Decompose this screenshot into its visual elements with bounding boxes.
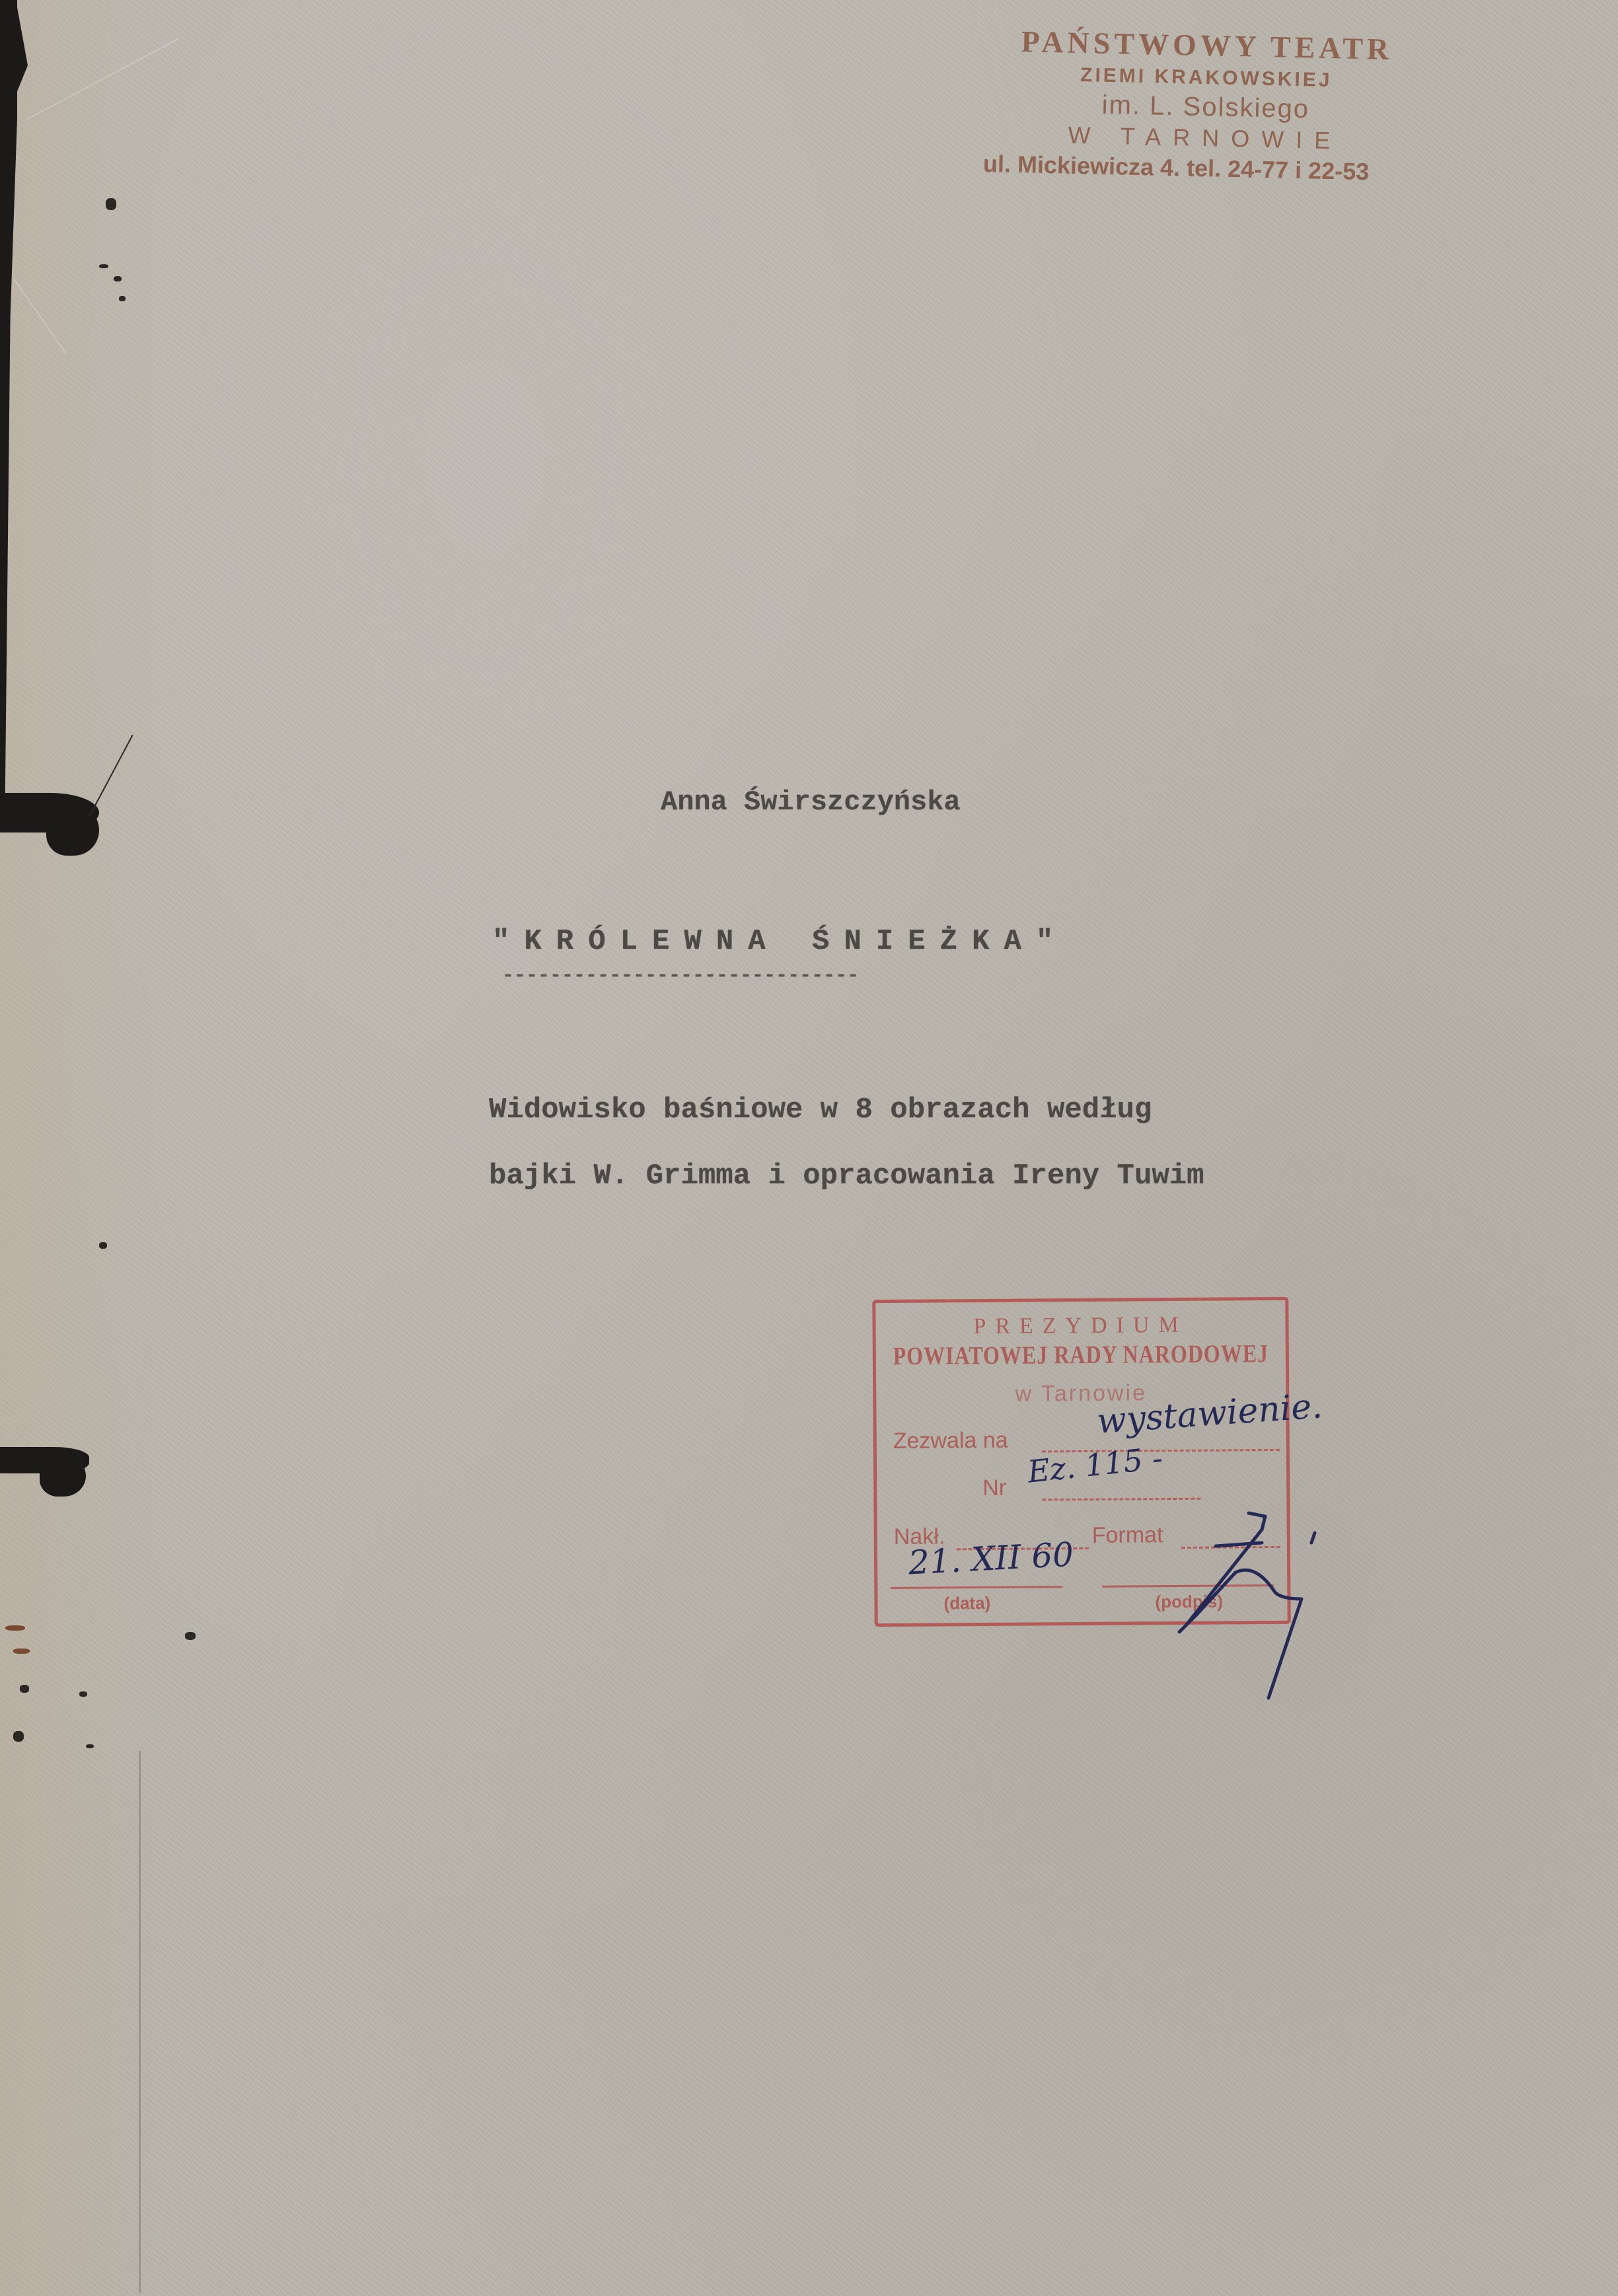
censor-stamp-authority: POWIATOWEJ RADY NARODOWEJ [876,1339,1286,1371]
document-page: PAŃSTWOWY TEATR ZIEMI KRAKOWSKIEJ im. L.… [0,0,1618,2296]
staple-hole [185,1632,196,1640]
subtitle-line-2: bajki W. Grimma i opracowania Ireny Tuwi… [489,1160,1204,1193]
number-label: Nr [982,1475,1006,1501]
date-line [891,1586,1062,1589]
subtitle-line-1: Widowisko baśniowe w 8 obrazach według [489,1093,1152,1127]
aged-margin [0,0,152,2296]
staple-hole [86,1744,94,1748]
author-name: Anna Świrszczyńska [661,786,961,818]
staple-hole [119,296,126,301]
staple-hole [106,198,116,210]
staple-hole [79,1691,87,1697]
staple-hole [114,276,122,281]
signature-scribble [1150,1500,1321,1711]
play-title: "KRÓLEWNA ŚNIEŻKA" [492,925,1068,958]
theatre-stamp: PAŃSTWOWY TEATR ZIEMI KRAKOWSKIEJ im. L.… [990,22,1422,188]
staple-hole [13,1731,24,1742]
staple-hole [20,1685,29,1693]
permit-label: Zezwala na [893,1428,1008,1454]
staple-hole [99,264,108,268]
rust-stain [13,1648,30,1654]
crease [139,1751,141,2293]
censor-stamp-heading: PREZYDIUM [875,1312,1285,1340]
binding-tear [40,1454,86,1497]
rust-stain [5,1625,25,1631]
title-underline: ------------------------------ [502,965,859,987]
staple-hole [99,1242,107,1249]
date-caption: (data) [943,1593,990,1613]
